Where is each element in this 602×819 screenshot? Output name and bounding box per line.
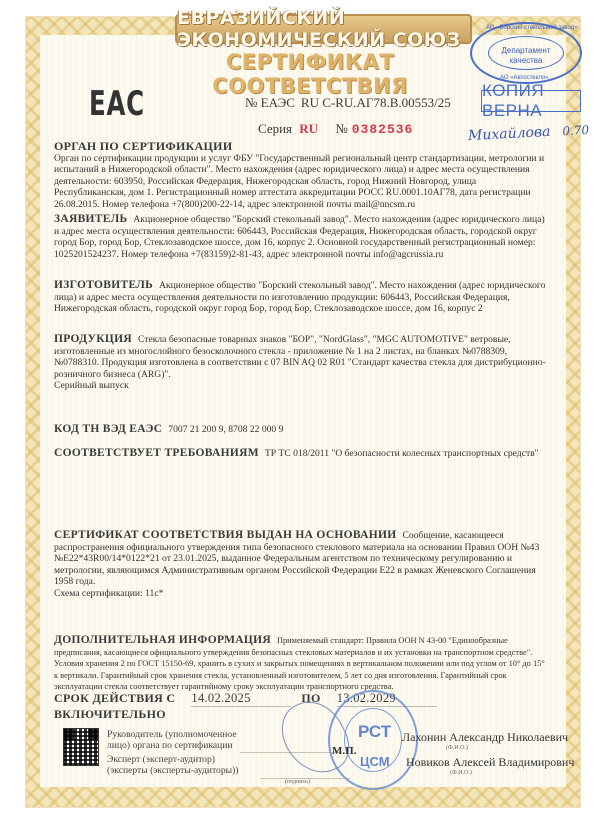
expert-role: Эксперт (эксперт-аудитор) (эксперты (экс… [107, 754, 257, 776]
blank-number: 0382536 [352, 122, 414, 137]
section-certification-body: ОРГАН ПО СЕРТИФИКАЦИИ Орган по сертифика… [54, 141, 548, 211]
union-banner: ЕВРАЗИЙСКИЙ ЭКОНОМИЧЕСКИЙ СОЮЗ [175, 14, 472, 44]
section-heading: КОД ТН ВЭД ЕАЭС [54, 423, 162, 435]
valid-from-date: 14.02.2025 [191, 691, 291, 707]
section-heading: ОРГАН ПО СЕРТИФИКАЦИИ [54, 141, 542, 153]
certificate-title: СЕРТИФИКАТ СООТВЕТСТВИЯ [185, 50, 435, 98]
inclusive-label: ВКЛЮЧИТЕЛЬНО [54, 707, 166, 722]
section-heading: ЗАЯВИТЕЛЬ [54, 213, 127, 225]
section-tn-ved: КОД ТН ВЭД ЕАЭС7007 21 200 9, 8708 22 00… [54, 424, 548, 436]
section-heading: СЕРТИФИКАТ СООТВЕТСТВИЯ ВЫДАН НА ОСНОВАН… [54, 529, 397, 541]
certification-scheme: Схема сертификации: 11с* [54, 588, 548, 600]
copy-verified-stamp: КОПИЯ ВЕРНА [481, 90, 581, 112]
section-text: Орган по сертификации продукции и услуг … [54, 153, 548, 211]
section-basis: СЕРТИФИКАТ СООТВЕТСТВИЯ ВЫДАН НА ОСНОВАН… [54, 530, 548, 600]
section-product: ПРОДУКЦИЯСтекла безопасные товарных знак… [54, 334, 548, 392]
signature-caption: (подпись) [285, 779, 310, 785]
union-banner-text: ЕВРАЗИЙСКИЙ ЭКОНОМИЧЕСКИЙ СОЮЗ [177, 7, 470, 51]
section-heading: ПРОДУКЦИЯ [54, 333, 132, 345]
eac-logo-icon: EAC [89, 84, 145, 124]
series-value: RU [299, 121, 318, 136]
head-role: Руководитель (уполномоченное лицо) орган… [107, 729, 237, 751]
expert-name: Новиков Алексей Владимирович [406, 755, 574, 770]
registration-number: № ЕАЭСRU C-RU.АГ78.В.00553/25 [245, 95, 451, 111]
section-text: Акционерное общество "Борский стекольный… [54, 214, 545, 260]
release-type: Серийный выпуск [54, 380, 548, 392]
series-number: Серия RU №0382536 [258, 121, 413, 137]
company-stamp-icon: АО «Борский стекольный завод» Департамен… [470, 22, 582, 84]
section-additional-info: ДОПОЛНИТЕЛЬНАЯ ИНФОРМАЦИЯПрименяемый ста… [54, 635, 548, 693]
section-heading: ДОПОЛНИТЕЛЬНАЯ ИНФОРМАЦИЯ [54, 634, 271, 646]
registration-value: RU C-RU.АГ78.В.00553/25 [301, 95, 451, 110]
section-manufacturer: ИЗГОТОВИТЕЛЬАкционерное общество "Борски… [54, 280, 548, 315]
qr-code-icon [63, 728, 99, 766]
section-complies: СООТВЕТСТВУЕТ ТРЕБОВАНИЯМТР ТС 018/2011 … [54, 448, 548, 460]
mp-mark: М.П. [332, 745, 356, 757]
section-heading: ИЗГОТОВИТЕЛЬ [54, 279, 153, 291]
section-text: 7007 21 200 9, 8708 22 000 9 [168, 424, 283, 435]
section-heading: СООТВЕТСТВУЕТ ТРЕБОВАНИЯМ [54, 447, 259, 459]
head-name: Лахонин Александр Николаевич [402, 730, 568, 745]
section-text: ТР ТС 018/2011 "О безопасности колесных … [265, 448, 539, 459]
section-applicant: ЗАЯВИТЕЛЬАкционерное общество "Борский с… [54, 214, 548, 260]
